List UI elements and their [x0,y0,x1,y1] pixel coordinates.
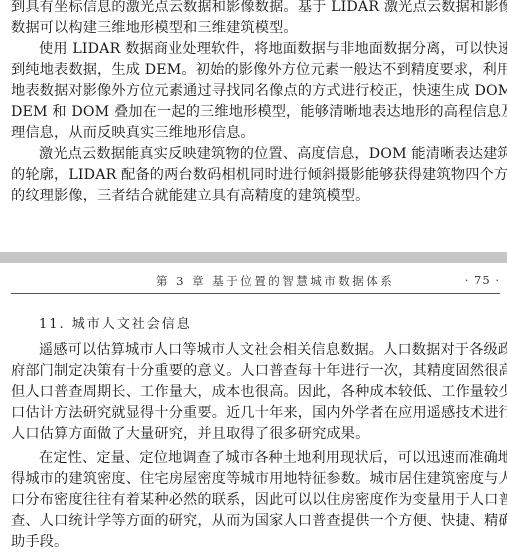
text-line: 但人口普查周期长、工作量大，成本也很高。因此，各种成本较低、工作量较少的人 [11,382,500,402]
chapter-title: 第 3 章 基于位置的智慧城市数据体系 [156,273,394,289]
text-line: 地表数据对影像外方位元素通过寻找同名像点的方式进行校正，快速生成 DOM。 [11,81,500,101]
text-line: 数据可以构建三维地形模型和三维建筑模型。 [11,18,500,38]
text-line: 得城市的建筑密度、住宅房屋密度等城市用地特征参数。城市居住建筑密度与人 [11,469,500,489]
text-line: 口分布密度往往有着某种必然的联系，因此可以以住房密度作为变量用于人口普 [11,490,500,510]
text-line: 查、人口统计学等方面的研究，从而为国家人口普查提供一个方便、快捷、精确的辅 [11,511,500,531]
text-line: 的轮廓，LIDAR 配备的两台数码相机同时进行倾斜摄影能够获得建筑物四个方向 [11,165,500,185]
text-line: 府部门制定决策有十分重要的意义。人口普查每十年进行一次，其精度固然很高， [11,361,500,381]
text-line: 到具有坐标信息的激光点云数据和影像数据。基于 LIDAR 激光点云数据和影像 [11,0,500,17]
text-line: 人口估算方面做了大量研究，并且取得了很多研究成果。 [11,424,500,444]
text-line: 遥感可以估算城市人口等城市人文社会相关信息数据。人口数据对于各级政 [11,340,500,360]
text-line: 在定性、定量、定位地调查了城市各种土地利用现状后，可以迅速而准确地获 [11,448,500,468]
text-line: 助手段。 [11,532,500,552]
section-title: 11. 城市人文社会信息 [39,313,192,332]
text-line: 使用 LIDAR 数据商业处理软件，将地面数据与非地面数据分离，可以快速得 [11,39,500,59]
text-line: 的纹理影像，三者结合就能建立具有高精度的建筑模型。 [11,186,500,206]
running-header: 第 3 章 基于位置的智慧城市数据体系 · 75 · [11,273,500,291]
top-page-fragment: 到具有坐标信息的激光点云数据和影像数据。基于 LIDAR 激光点云数据和影像 数… [0,0,507,252]
header-rule [11,293,500,294]
bottom-page: 第 3 章 基于位置的智慧城市数据体系 · 75 · 11. 城市人文社会信息 … [0,263,507,552]
text-line: 理信息，从而反映真实三维地形信息。 [11,123,500,143]
page-number: · 75 · [465,273,500,287]
text-line: 到纯地表数据，生成 DEM。初始的影像外方位元素一般达不到精度要求，利用纯 [11,60,500,80]
text-line: 激光点云数据能真实反映建筑物的位置、高度信息，DOM 能清晰表达建筑物 [11,144,500,164]
text-line: 口估计方法研究就显得十分重要。近几十年来，国内外学者在应用遥感技术进行 [11,403,500,423]
page-separator [0,252,507,263]
text-line: DEM 和 DOM 叠加在一起的三维地形模型，能够清晰地表达地形的高程信息及纹 [11,102,500,122]
